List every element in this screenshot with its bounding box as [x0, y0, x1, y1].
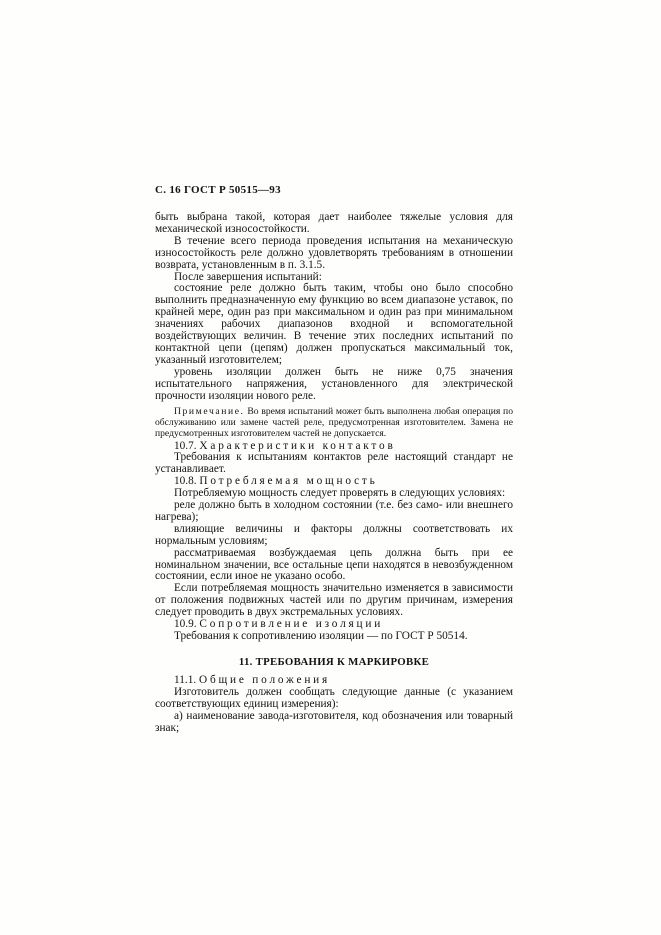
chapter-heading-11: 11. ТРЕБОВАНИЯ К МАРКИРОВКЕ: [155, 656, 513, 668]
paragraph-resistance: Требования к сопротивлению изоляции — по…: [155, 631, 513, 643]
section-title-10-8: Потребляемая мощность: [199, 475, 377, 487]
note-label: Примечание.: [174, 406, 245, 417]
paragraph-continuation: быть выбрана такой, которая дает наиболе…: [155, 212, 513, 236]
section-number-10-7: 10.7.: [174, 440, 197, 452]
paragraph-power-varies: Если потребляемая мощность значительно и…: [155, 583, 513, 619]
paragraph-influencing: влияющие величины и факторы должны соотв…: [155, 524, 513, 548]
paragraph-item-a: а) наименование завода-изготовителя, код…: [155, 711, 513, 735]
section-number-10-8: 10.8.: [174, 475, 197, 487]
section-title-10-7: Характеристики контактов: [199, 440, 395, 452]
paragraph-excited-circuit: рассматриваемая возбуждаемая цепь должна…: [155, 548, 513, 584]
running-header: С. 16 ГОСТ Р 50515—93: [155, 184, 513, 196]
document-page: С. 16 ГОСТ Р 50515—93 быть выбрана такой…: [0, 0, 661, 935]
section-title-11-1: Общие положения: [199, 674, 330, 686]
paragraph-test-period: В течение всего периода проведения испыт…: [155, 236, 513, 272]
text-column: С. 16 ГОСТ Р 50515—93 быть выбрана такой…: [155, 184, 513, 734]
section-number-10-9: 10.9.: [174, 618, 197, 630]
note-paragraph: Примечание. Во время испытаний может быт…: [155, 406, 513, 439]
paragraph-relay-state: состояние реле должно быть таким, чтобы …: [155, 283, 513, 366]
section-number-11-1: 11.1.: [174, 674, 196, 686]
paragraph-contacts: Требования к испытаниям контактов реле н…: [155, 452, 513, 476]
paragraph-manufacturer-data: Изготовитель должен сообщать следующие д…: [155, 687, 513, 711]
paragraph-isolation-level: уровень изоляции должен быть не ниже 0,7…: [155, 367, 513, 403]
section-title-10-9: Сопротивление изоляции: [199, 618, 383, 630]
paragraph-cold-state: реле должно быть в холодном состоянии (т…: [155, 500, 513, 524]
